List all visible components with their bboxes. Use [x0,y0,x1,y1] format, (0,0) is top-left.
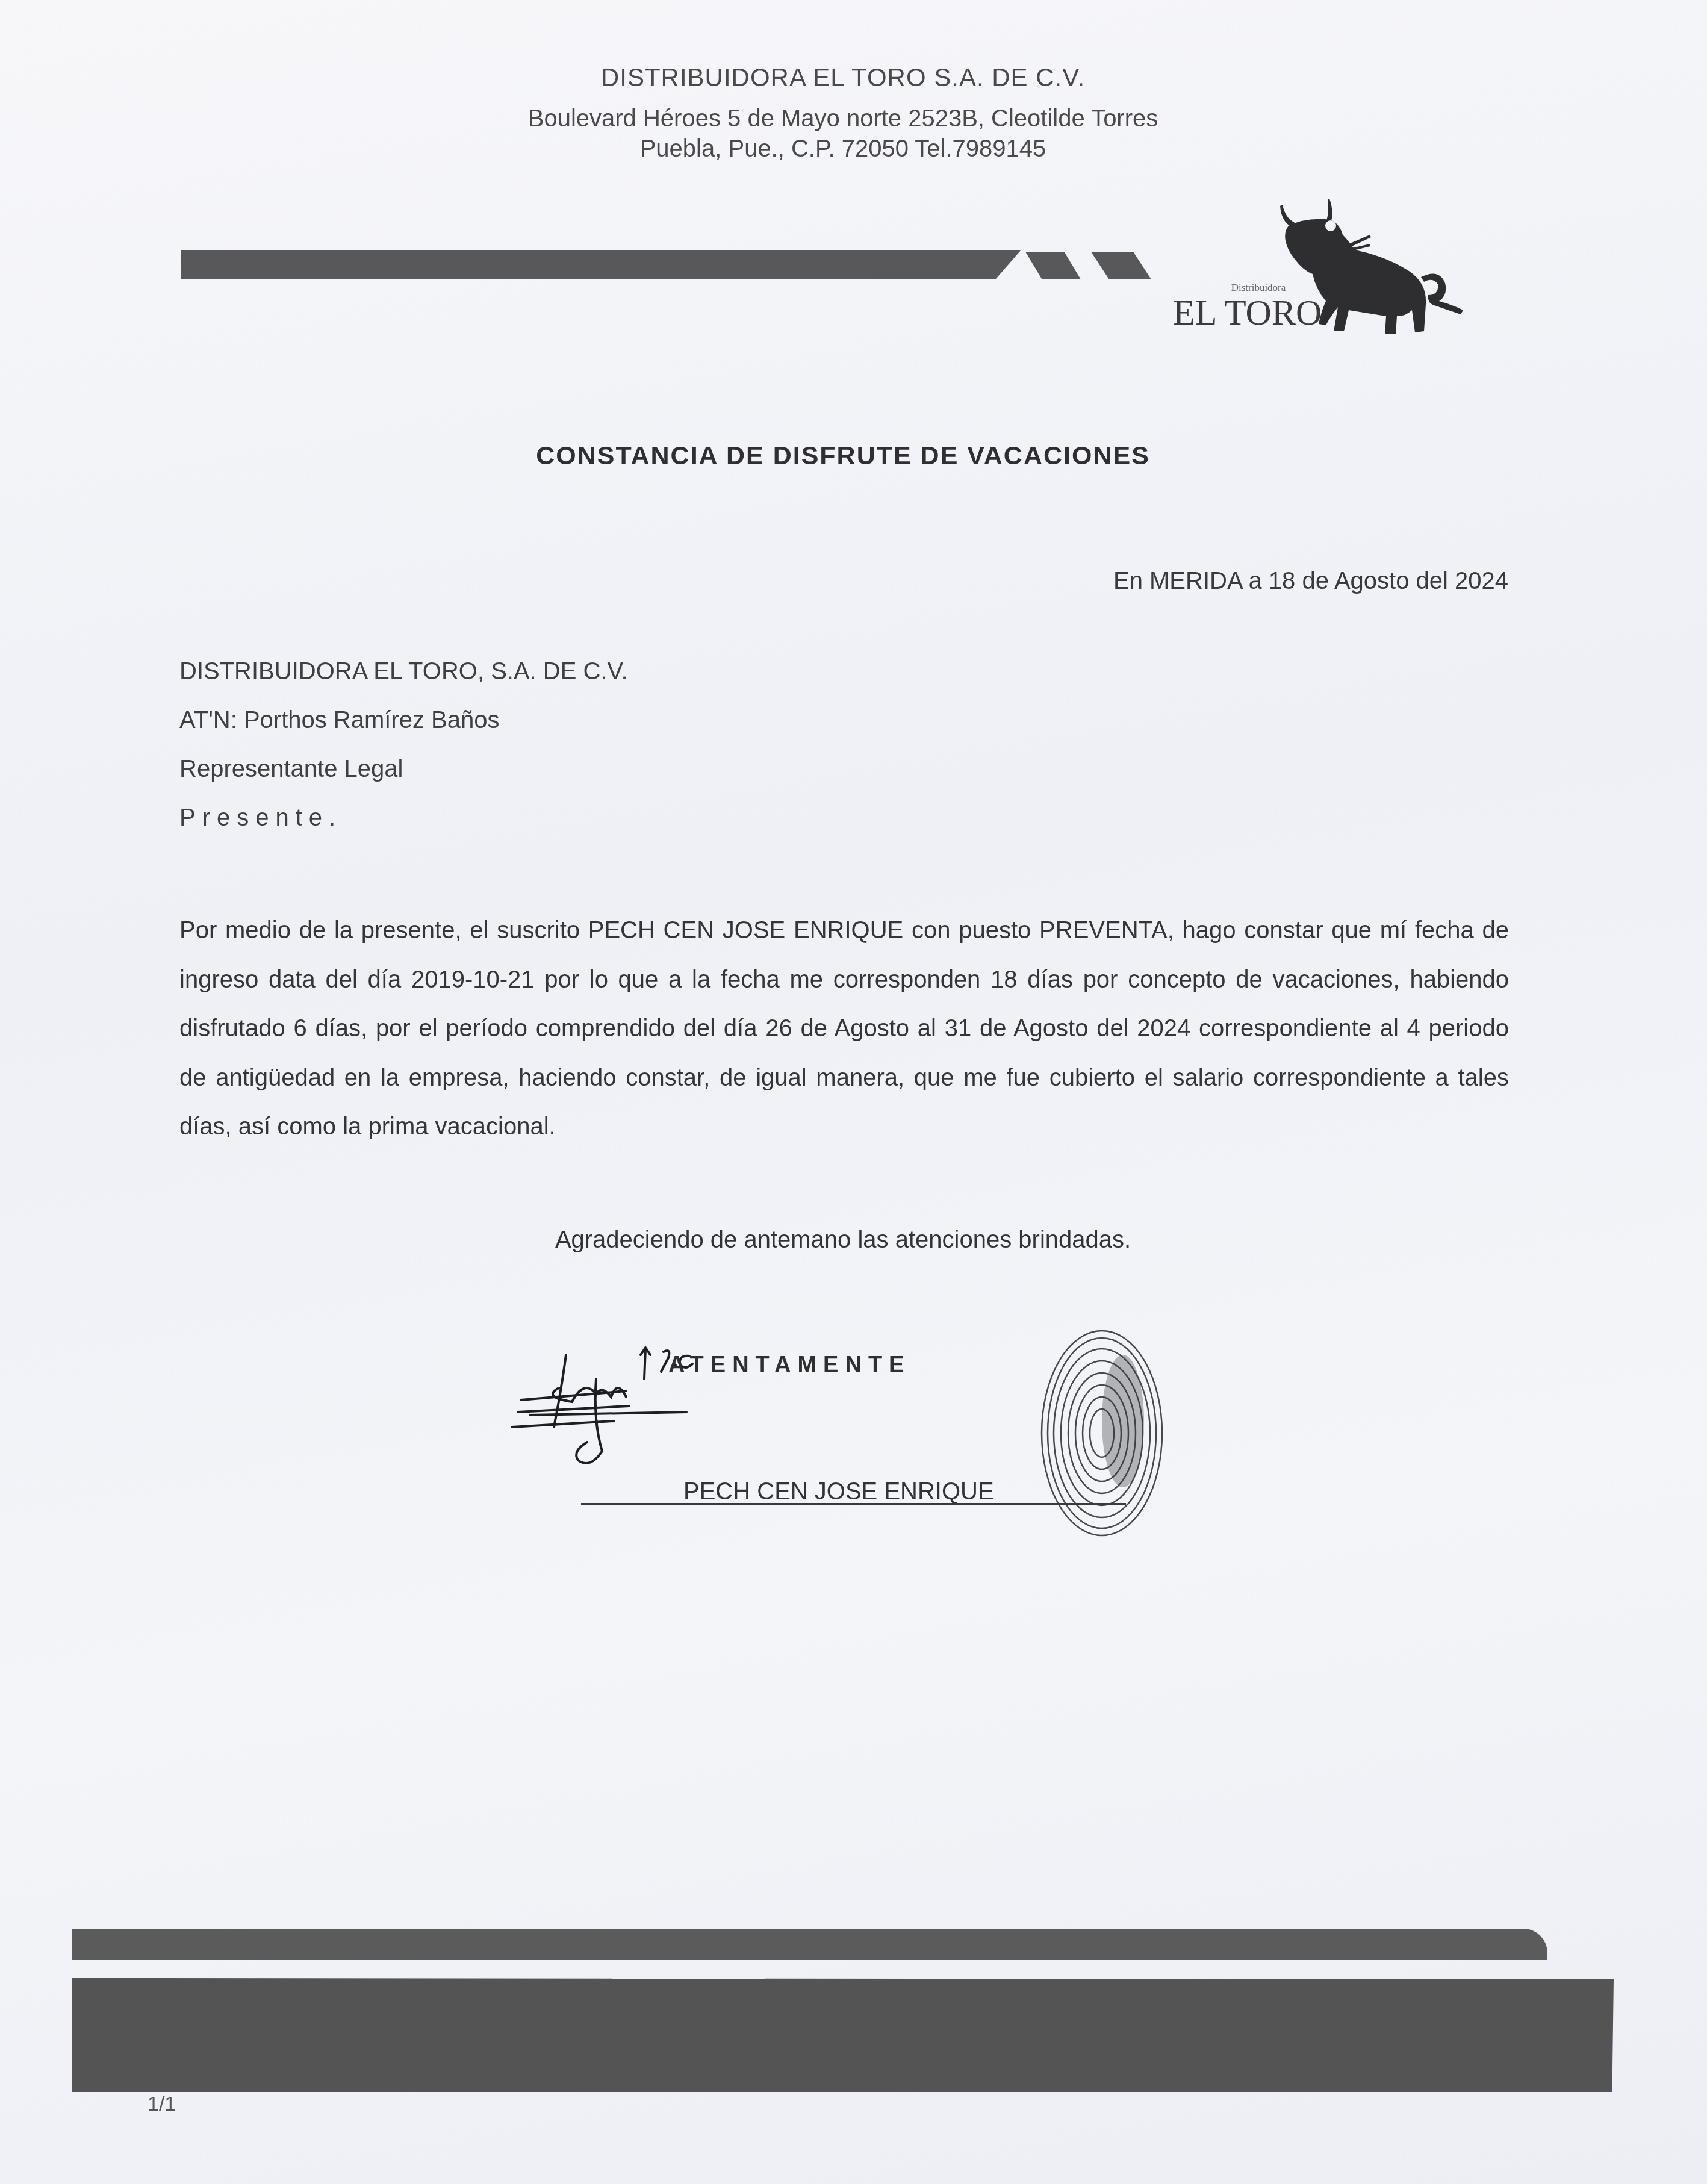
address-line-1: Boulevard Héroes 5 de Mayo norte 2523B, … [0,104,1686,134]
body-paragraph: Por medio de la presente, el suscrito PE… [179,906,1509,1152]
page-number: 1/1 [148,2092,176,2116]
closing-thanks: Agradeciendo de antemano las atenciones … [0,1227,1686,1254]
letterhead-address: Boulevard Héroes 5 de Mayo norte 2523B, … [0,104,1686,164]
signer-name: PECH CEN JOSE ENRIQUE [683,1478,994,1505]
address-line-2: Puebla, Pue., C.P. 72050 Tel.7989145 [0,134,1686,164]
closing-salutation: ATENTAMENTE [668,1352,910,1378]
addressee-company: DISTRIBUIDORA EL TORO, S.A. DE C.V. [179,647,628,696]
addressee-attention: AT'N: Porthos Ramírez Baños [179,696,628,745]
header-decorative-slash [1091,252,1151,279]
addressee-role: Representante Legal [179,745,628,794]
logo-brand: EL TORO [1173,292,1322,334]
header-decorative-bar [181,250,1021,279]
addressee-greeting: Presente. [179,794,628,842]
footer-decorative-bar-thin [72,1929,1547,1960]
footer-decorative-bar-thick [72,1978,1614,2092]
addressee-block: DISTRIBUIDORA EL TORO, S.A. DE C.V. AT'N… [179,647,628,842]
signature-line [581,1503,1126,1505]
fingerprint-icon [1012,1313,1180,1542]
header-decorative-slash [1025,252,1081,279]
document-page: DISTRIBUIDORA EL TORO S.A. DE C.V. Boule… [0,0,1707,2184]
letterhead-company-name: DISTRIBUIDORA EL TORO S.A. DE C.V. [0,63,1686,92]
date-line: En MERIDA a 18 de Agosto del 2024 [1113,568,1508,595]
document-title: CONSTANCIA DE DISFRUTE DE VACACIONES [0,441,1686,471]
